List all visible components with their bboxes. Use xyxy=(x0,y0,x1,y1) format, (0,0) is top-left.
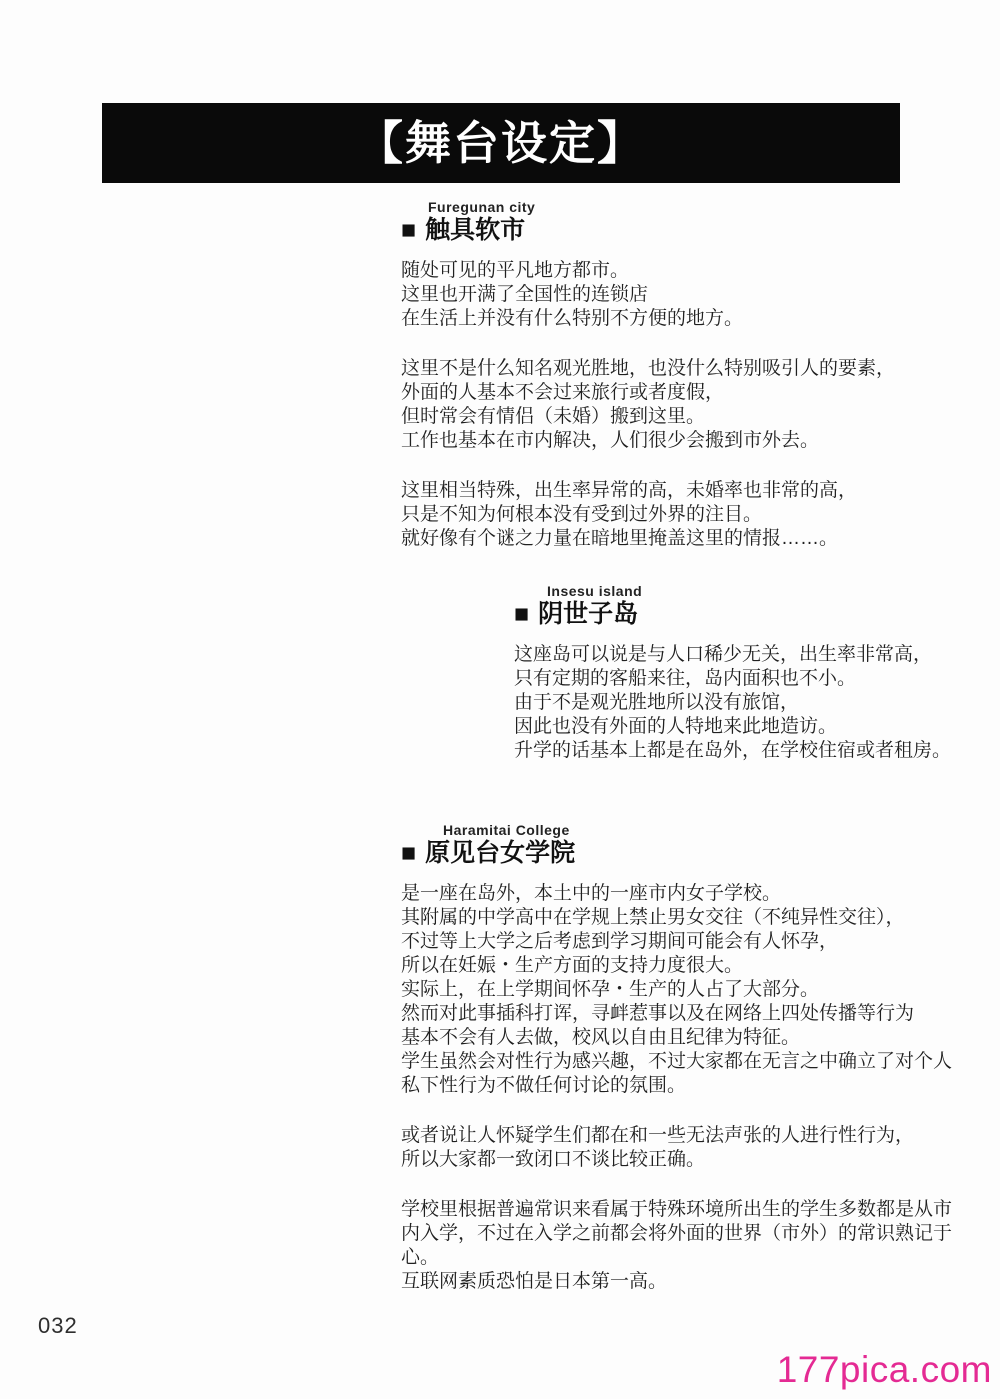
section-english-label: Haramitai College xyxy=(443,822,981,838)
section-body: 这座岛可以说是与人口稀少无关，出生率非常高， 只有定期的客船来往，岛内面积也不小… xyxy=(514,643,984,763)
section-body: 是一座在岛外，本土中的一座市内女子学校。 其附属的中学高中在学规上禁止男女交往（… xyxy=(401,882,981,1294)
section-body: 随处可见的平凡地方都市。 这里也开满了全国性的连锁店 在生活上并没有什么特别不方… xyxy=(401,259,961,551)
paragraph: 是一座在岛外，本土中的一座市内女子学校。 其附属的中学高中在学规上禁止男女交往（… xyxy=(401,882,981,1098)
square-marker-icon: ■ xyxy=(401,216,416,244)
stage-setting-banner: 【舞台设定】 xyxy=(102,103,900,183)
section-title-text: 原见台女学院 xyxy=(425,839,575,867)
page-number: 032 xyxy=(38,1313,78,1339)
section-english-label: Insesu island xyxy=(547,583,984,599)
section-title: ■阴世子岛 xyxy=(514,601,984,629)
section-insesu-island: Insesu island ■阴世子岛 这座岛可以说是与人口稀少无关，出生率非常… xyxy=(514,583,984,789)
section-english-label: Furegunan city xyxy=(428,199,961,215)
section-haramitai-college: Haramitai College ■原见台女学院 是一座在岛外，本土中的一座市… xyxy=(401,822,981,1320)
section-furegunan-city: Furegunan city ■触具软市 随处可见的平凡地方都市。 这里也开满了… xyxy=(401,199,961,577)
document-page: 【舞台设定】 Furegunan city ■触具软市 随处可见的平凡地方都市。… xyxy=(0,0,1000,1399)
banner-title: 【舞台设定】 xyxy=(357,120,645,166)
paragraph: 这里不是什么知名观光胜地，也没什么特别吸引人的要素， 外面的人基本不会过来旅行或… xyxy=(401,357,961,453)
site-watermark: 177pica.com xyxy=(777,1349,992,1391)
paragraph: 学校里根据普遍常识来看属于特殊环境所出生的学生多数都是从市 内入学，不过在入学之… xyxy=(401,1198,981,1294)
section-title-text: 触具软市 xyxy=(425,216,525,244)
paragraph: 这座岛可以说是与人口稀少无关，出生率非常高， 只有定期的客船来往，岛内面积也不小… xyxy=(514,643,984,763)
section-title-text: 阴世子岛 xyxy=(538,600,638,628)
square-marker-icon: ■ xyxy=(514,600,529,628)
paragraph: 随处可见的平凡地方都市。 这里也开满了全国性的连锁店 在生活上并没有什么特别不方… xyxy=(401,259,961,331)
square-marker-icon: ■ xyxy=(401,839,416,867)
paragraph: 这里相当特殊，出生率异常的高，未婚率也非常的高， 只是不知为何根本没有受到过外界… xyxy=(401,479,961,551)
section-title: ■原见台女学院 xyxy=(401,840,981,868)
section-title: ■触具软市 xyxy=(401,217,961,245)
paragraph: 或者说让人怀疑学生们都在和一些无法声张的人进行性行为， 所以大家都一致闭口不谈比… xyxy=(401,1124,981,1172)
